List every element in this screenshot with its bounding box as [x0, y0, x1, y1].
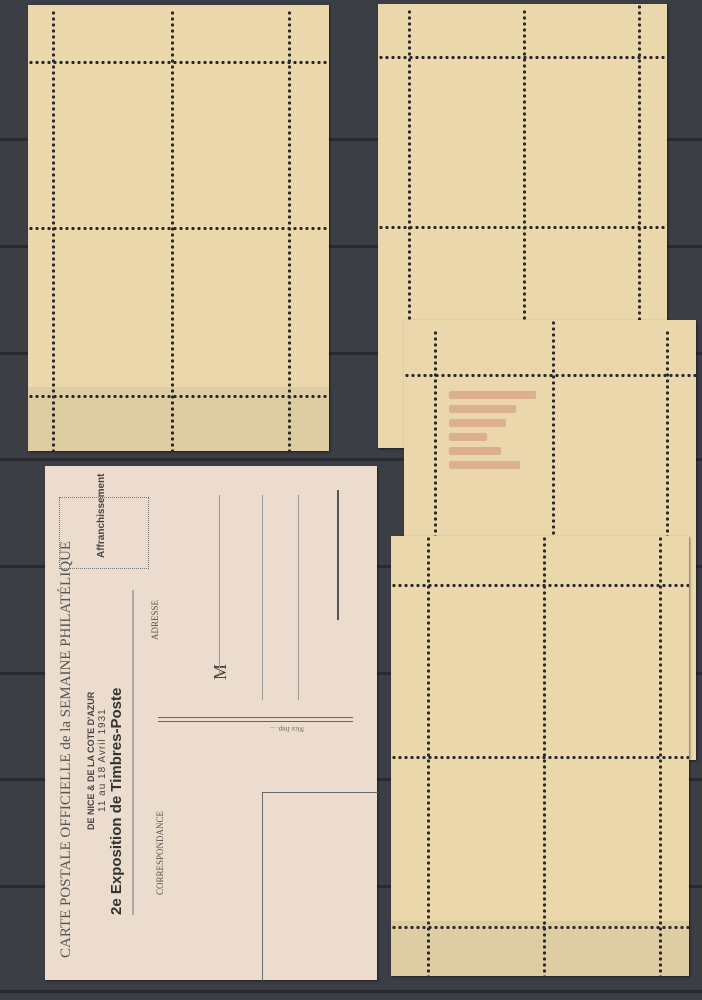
address-line-bold: [337, 490, 339, 620]
postcard-subtitle: DE NICE & DE LA COTE D'AZUR: [86, 692, 96, 830]
perforation-row: [391, 926, 689, 929]
address-line: [219, 495, 220, 675]
perforation-row: [28, 61, 329, 64]
perforation-row: [404, 374, 696, 377]
postcard-divider: [132, 590, 134, 915]
stamp-sheet-top-left: [28, 5, 329, 451]
perforation-row: [28, 395, 329, 398]
address-line: [298, 495, 299, 700]
perforation-row: [391, 756, 689, 759]
perforation-column: [427, 536, 430, 976]
correspondance-box: [262, 792, 378, 981]
address-label: ADRESSE: [150, 600, 160, 640]
printer-signature: Nice Imp. ...: [270, 725, 304, 733]
stamp-sheet-bottom-right: [391, 536, 689, 976]
stamp-box-label: Affranchissement: [96, 474, 107, 558]
correspondance-label: CORRESPONDANCE: [155, 811, 165, 895]
perforation-column: [171, 10, 174, 451]
address-salutation: M: [210, 664, 231, 680]
sheet-margin: [391, 921, 689, 976]
postcard-dates: 11 au 18 Avril 1931: [97, 708, 108, 812]
perforation-row: [28, 227, 329, 230]
perforation-column: [543, 536, 546, 976]
stockbook-strip: [0, 990, 702, 993]
perforation-row: [391, 584, 689, 587]
ornamental-rule: [158, 717, 353, 722]
address-line: [262, 495, 263, 700]
perforation-column: [288, 10, 291, 451]
red-show-through-print: [445, 385, 540, 525]
perforation-column: [52, 10, 55, 451]
perforation-column: [659, 536, 662, 976]
postcard-exposition: 2e Exposition de Timbres-Poste: [108, 688, 125, 915]
postcard-title: CARTE POSTALE OFFICIELLE de la SEMAINE P…: [58, 541, 75, 958]
